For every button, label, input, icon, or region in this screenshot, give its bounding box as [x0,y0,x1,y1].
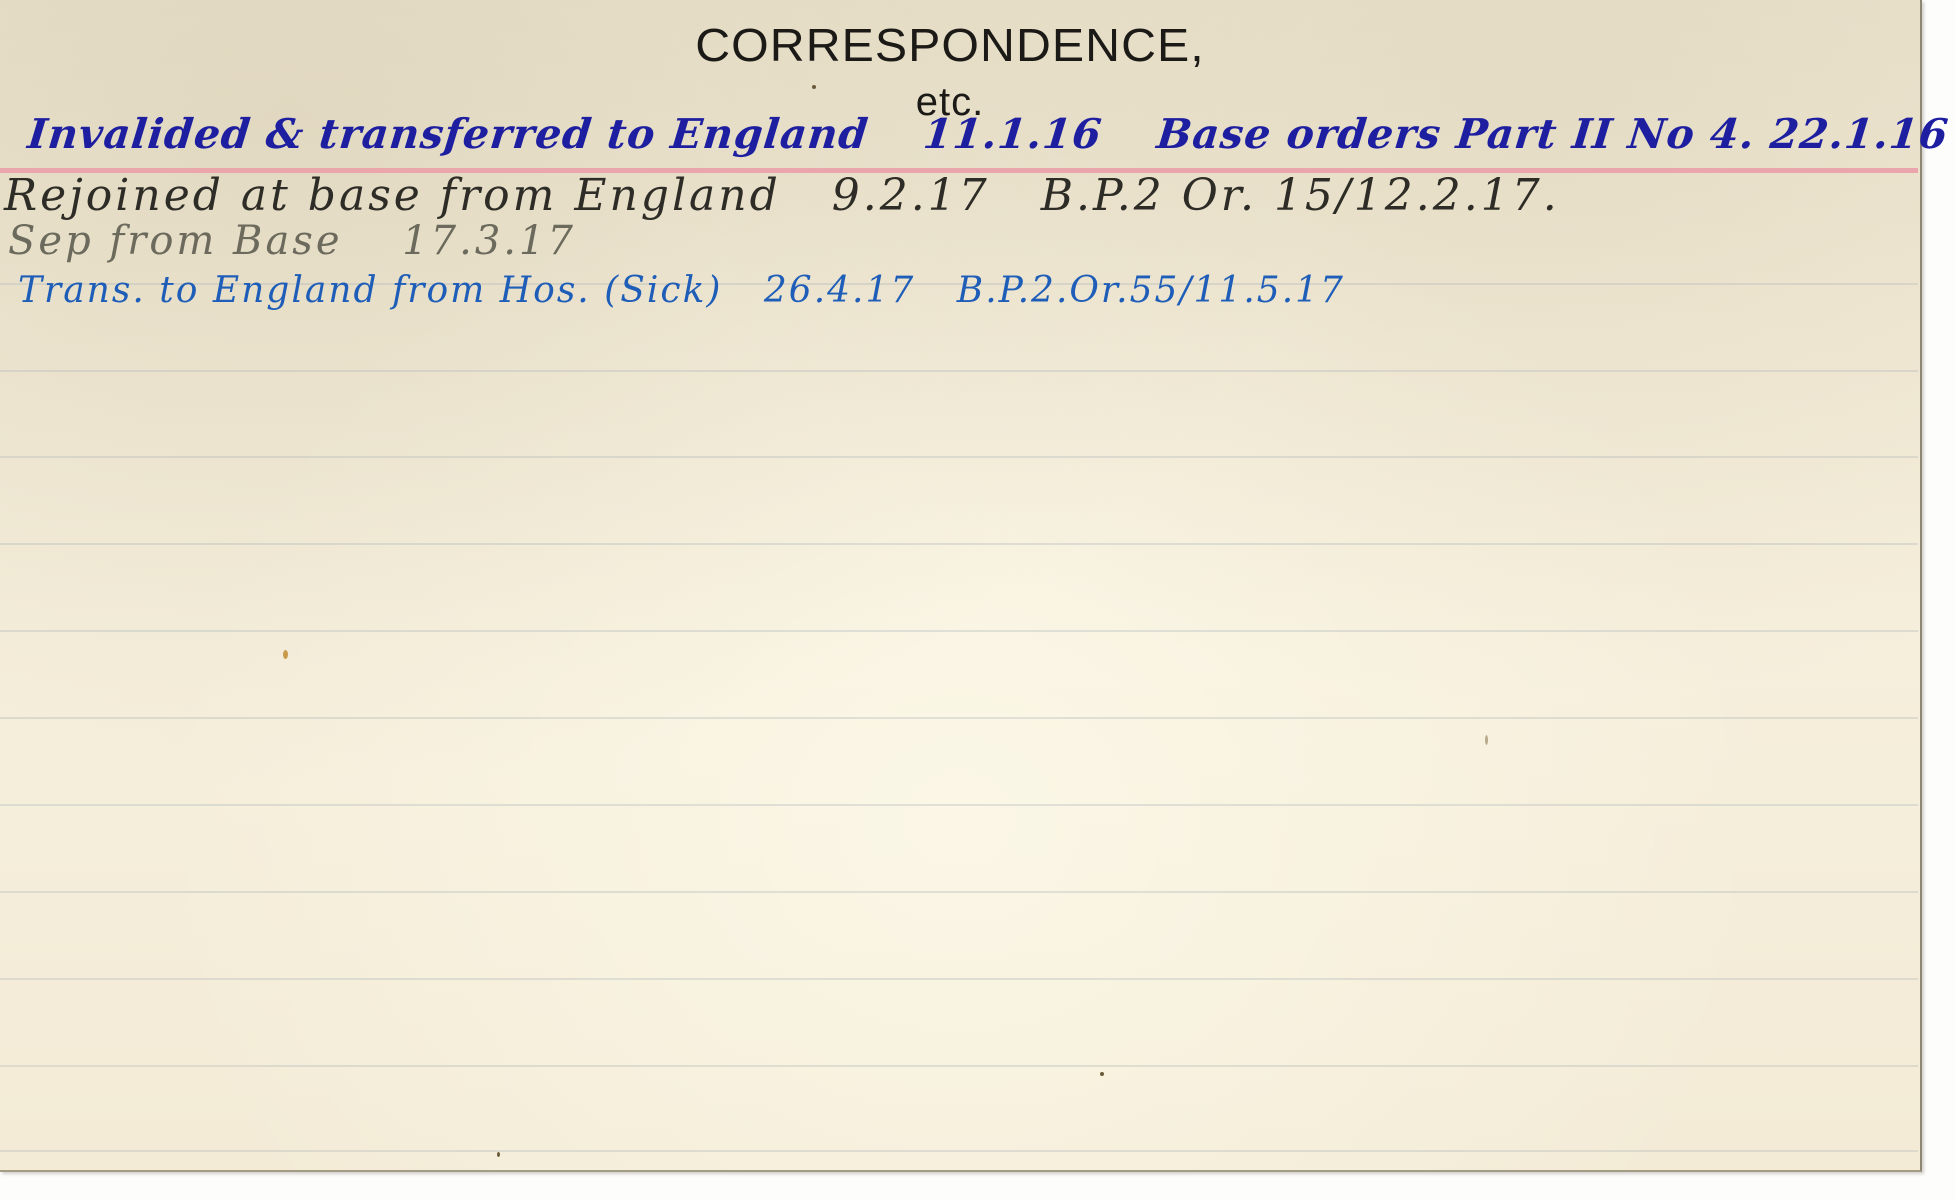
entry-2: Rejoined at base from England 9.2.17 B.P… [4,170,1560,221]
ruled-line [0,717,1918,719]
ruled-line [0,1065,1918,1067]
entry-date: 11.1.16 [921,110,1104,158]
ruled-line [0,891,1918,893]
paper-speck [283,650,288,659]
entry-reference: B.P.2.Or.55/11.5.17 [957,270,1345,311]
card-heading: CORRESPONDENCE, [0,18,1948,72]
ruled-line [0,630,1918,632]
paper-speck [497,1152,500,1157]
entry-date: 9.2.17 [832,170,990,221]
ruled-line [0,370,1918,372]
entry-reference: B.P.2 Or. 15/12.2.17. [1041,170,1560,221]
entry-reference: Base orders Part II No 4. 22.1.16 [1155,110,1951,158]
entry-text: Invalided & transferred to England [25,110,870,158]
entry-date: 26.4.17 [764,270,915,311]
entry-date: 17.3.17 [402,218,576,264]
ruled-line [0,456,1918,458]
entry-4: Trans. to England from Hos. (Sick) 26.4.… [18,270,1345,311]
entry-text: Rejoined at base from England [4,170,781,221]
ruled-line [0,1150,1918,1152]
record-card: CORRESPONDENCE, etc. Invalided & transfe… [0,0,1922,1172]
entry-3: Sep from Base 17.3.17 [8,218,576,264]
ruled-line [0,543,1918,545]
paper-speck [1485,735,1488,745]
paper-speck [812,85,816,89]
entry-text: Sep from Base [8,218,343,264]
entry-text: Trans. to England from Hos. (Sick) [18,270,722,311]
ruled-line [0,978,1918,980]
paper-speck [1100,1072,1104,1076]
entry-1: Invalided & transferred to England 11.1.… [25,110,1951,158]
ruled-line [0,804,1918,806]
